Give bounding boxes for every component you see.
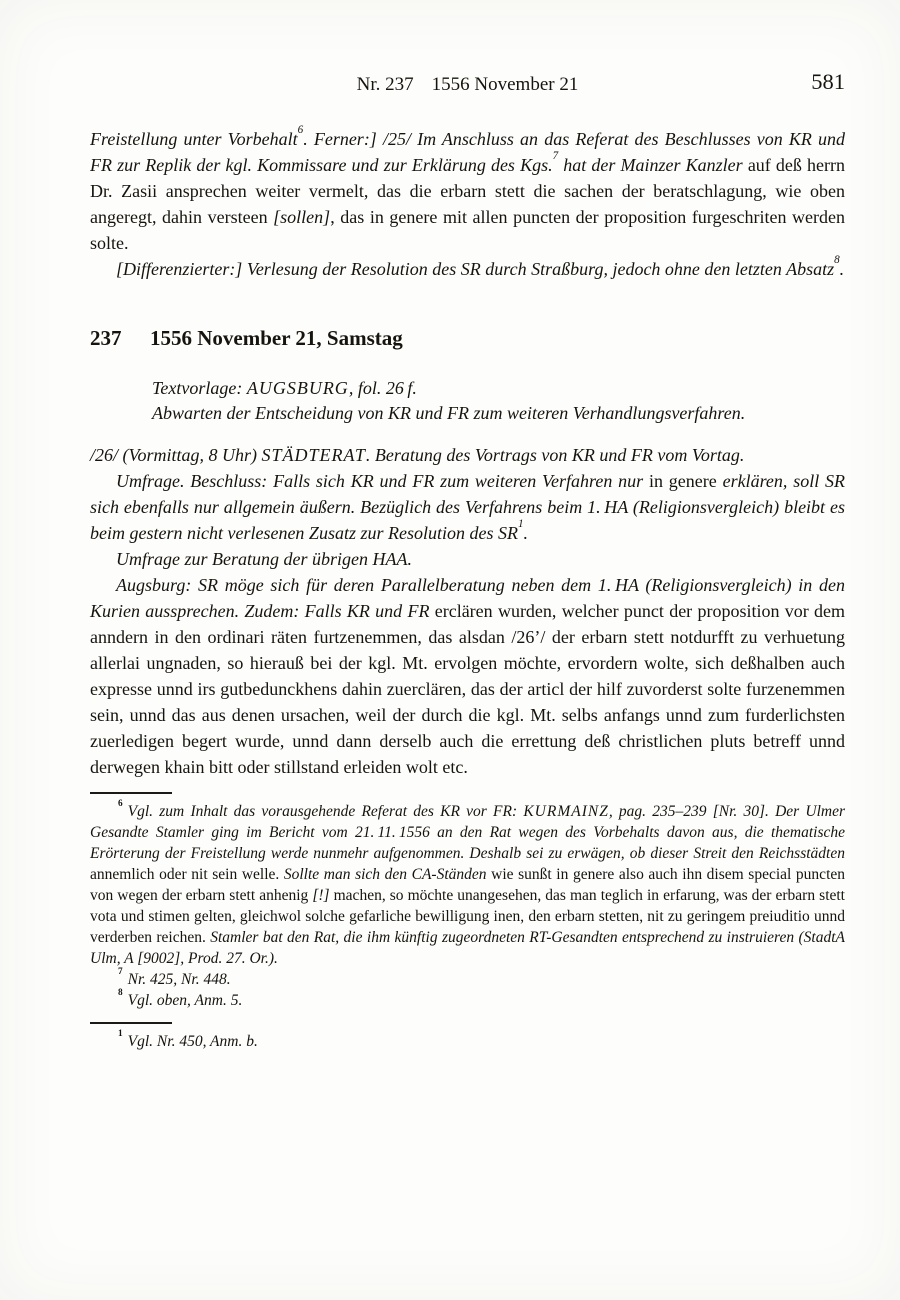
- text-run: Vgl. oben, Anm. 5.: [128, 992, 243, 1009]
- footnote-marker: 7: [118, 967, 123, 977]
- text-run: [!]: [312, 887, 333, 904]
- regest: Abwarten der Entscheidung von KR und FR …: [152, 401, 845, 426]
- text-run: Freistellung unter Vorbehalt: [90, 129, 298, 149]
- text-run: in genere: [649, 471, 723, 491]
- source-block: Textvorlage: AUGSBURG, fol. 26 f. Abwart…: [152, 376, 845, 426]
- text-run: annemlich oder nit sein welle.: [90, 866, 284, 883]
- footnote-separator-2: [90, 1022, 172, 1024]
- text-run: /26/ (Vormittag, 8 Uhr): [90, 445, 262, 465]
- text-block: Freistellung unter Vorbehalt6. Ferner:] …: [90, 126, 845, 1052]
- footnote-marker: 6: [118, 799, 123, 809]
- running-title: Nr. 2371556 November 21: [90, 74, 845, 96]
- text-run: AUGSBURG: [247, 378, 349, 398]
- entry-number: 237: [90, 326, 150, 350]
- footnote-marker: 8: [118, 988, 123, 998]
- text-run: [Differenzierter:] Verlesung der Resolut…: [116, 259, 834, 279]
- entry-title: 1556 November 21, Samstag: [150, 326, 403, 350]
- text-run: Umfrage. Beschluss: Falls sich KR und FR…: [116, 471, 649, 491]
- footnote-ref-1: 1: [518, 518, 524, 530]
- umfrage-haa-paragraph: Umfrage zur Beratung der übrigen HAA.: [90, 546, 845, 572]
- page-number: 581: [811, 69, 845, 95]
- footnote-7: 7Nr. 425, Nr. 448.: [90, 969, 845, 990]
- footnote-1: 1Vgl. Nr. 450, Anm. b.: [90, 1031, 845, 1052]
- differenzierter-paragraph: [Differenzierter:] Verlesung der Resolut…: [90, 256, 845, 282]
- footnotes-section: 6Vgl. zum Inhalt das vorausgehende Refer…: [90, 792, 845, 1052]
- text-run: , fol. 26 f.: [349, 378, 417, 398]
- footnote-6: 6Vgl. zum Inhalt das vorausgehende Refer…: [90, 801, 845, 969]
- footnote-ref-6: 6: [298, 124, 304, 136]
- text-run: .: [840, 259, 845, 279]
- text-run: hat der Mainzer Kanzler: [558, 155, 748, 175]
- resolution-paragraph: Umfrage. Beschluss: Falls sich KR und FR…: [90, 468, 845, 546]
- running-header: Nr. 2371556 November 21 581: [90, 74, 845, 102]
- entry-heading: 2371556 November 21, Samstag: [90, 326, 845, 350]
- text-run: Nr. 425, Nr. 448.: [128, 971, 231, 988]
- footnote-separator: [90, 792, 172, 794]
- text-run: Abwarten der Entscheidung von KR und FR …: [152, 403, 745, 423]
- source-note: Textvorlage: AUGSBURG, fol. 26 f.: [152, 376, 845, 401]
- text-run: KURMAINZ: [523, 803, 609, 820]
- text-run: Textvorlage:: [152, 378, 247, 398]
- carryover-paragraph: Freistellung unter Vorbehalt6. Ferner:] …: [90, 126, 845, 256]
- book-page: Nr. 2371556 November 21 581 Freistellung…: [0, 0, 900, 1300]
- text-run: erclären wurden, welcher punct der propo…: [90, 601, 845, 777]
- text-run: [sollen]: [273, 207, 330, 227]
- text-run: Umfrage zur Beratung der übrigen HAA.: [116, 549, 412, 569]
- footnote-ref-8: 8: [834, 254, 840, 266]
- text-run: Vgl. zum Inhalt das vorausgehende Refera…: [128, 803, 524, 820]
- footnote-marker: 1: [118, 1029, 123, 1039]
- footnote-ref-7: 7: [553, 150, 559, 162]
- text-run: Sollte man sich den CA-Ständen: [284, 866, 491, 883]
- running-date: 1556 November 21: [432, 74, 579, 95]
- session-paragraph: /26/ (Vormittag, 8 Uhr) STÄDTERAT. Berat…: [90, 442, 845, 468]
- text-run: .: [524, 523, 529, 543]
- text-run: STÄDTERAT: [262, 445, 366, 465]
- text-run: . Beratung des Vortrags von KR und FR vo…: [366, 445, 744, 465]
- text-run: Vgl. Nr. 450, Anm. b.: [128, 1033, 258, 1050]
- footnote-8: 8Vgl. oben, Anm. 5.: [90, 990, 845, 1011]
- running-entry-ref: Nr. 237: [357, 74, 414, 95]
- augsburg-paragraph: Augsburg: SR möge sich für deren Paralle…: [90, 572, 845, 780]
